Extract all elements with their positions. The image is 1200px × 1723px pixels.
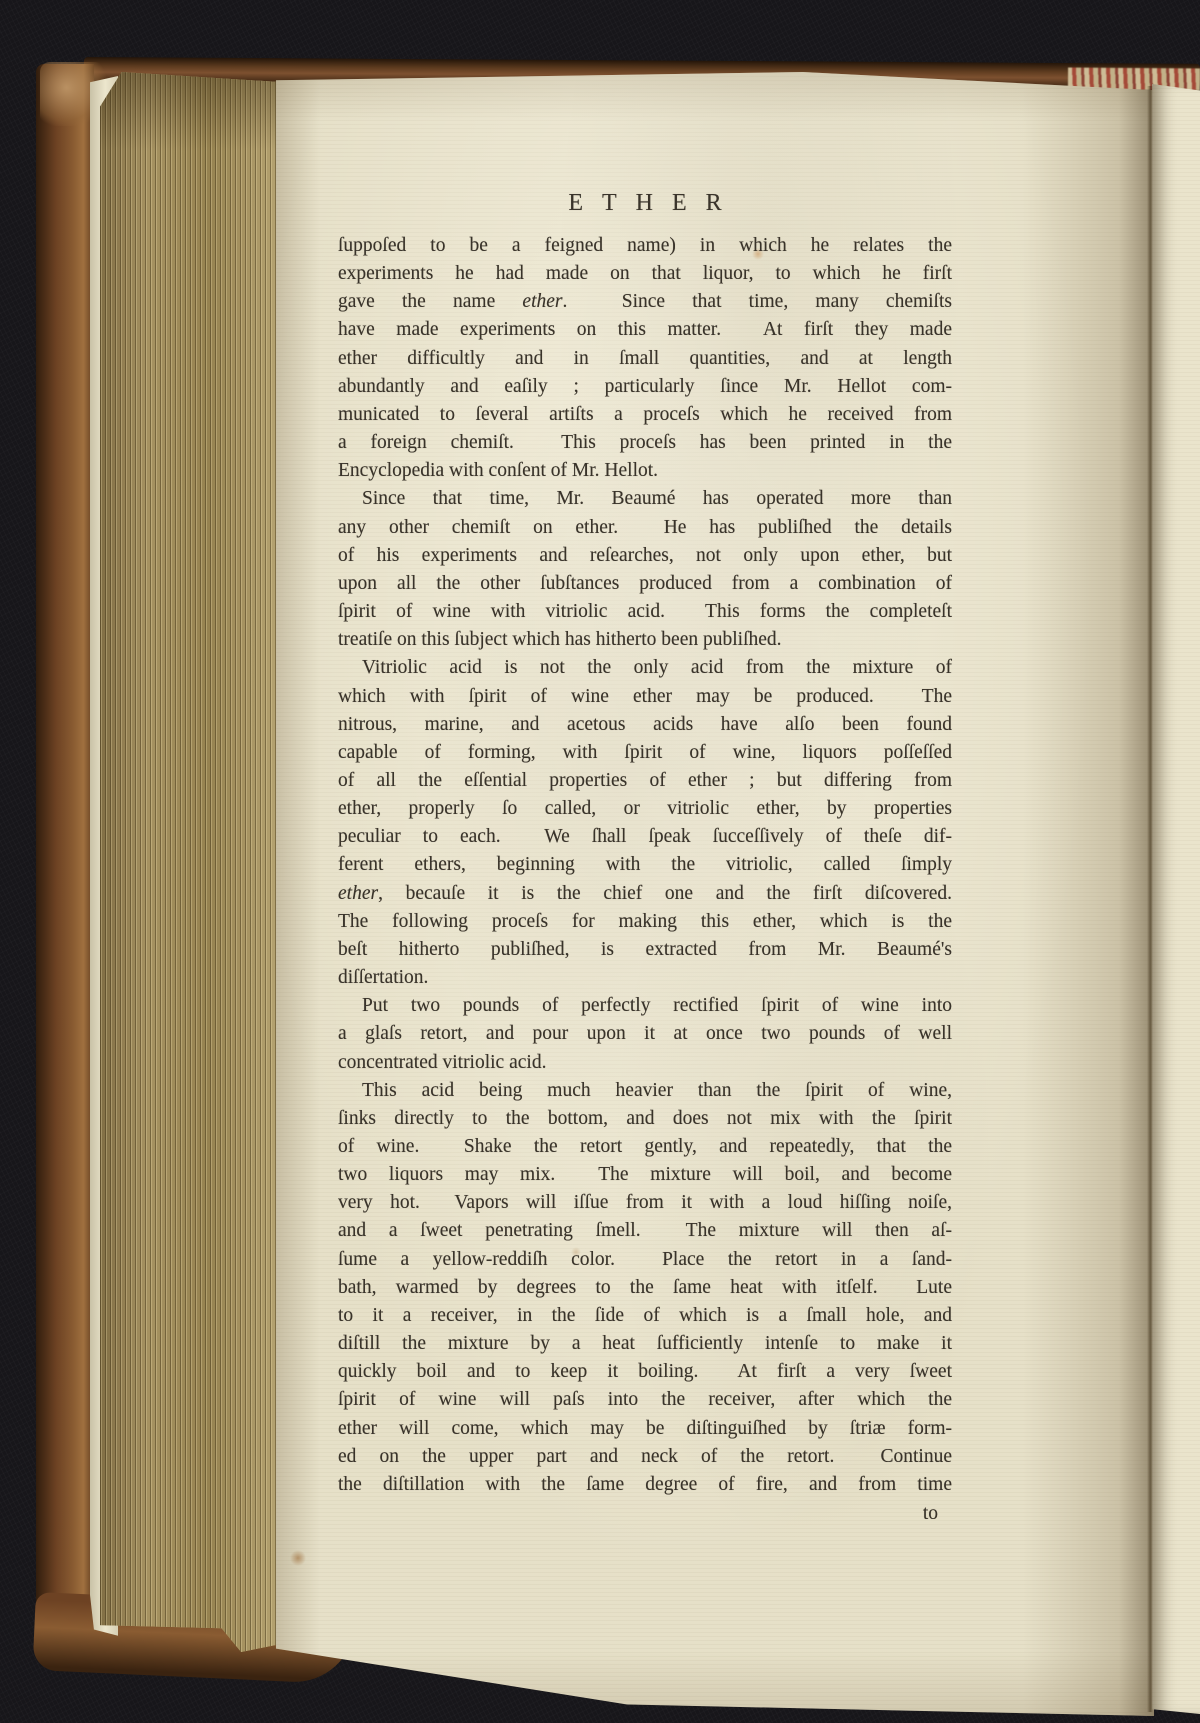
text-line: of his experiments and reſearches, not o… xyxy=(338,542,952,570)
text-line: of all the eſſential properties of ether… xyxy=(338,767,952,795)
text-line: have made experiments on this matter. At… xyxy=(338,316,952,344)
text-line: peculiar to each. We ſhall ſpeak ſucceſſ… xyxy=(338,823,952,851)
text-line: concentrated vitriolic acid. xyxy=(338,1049,952,1077)
book-photo: ETHER ſuppoſed to be a feigned name) in … xyxy=(0,0,1200,1723)
text-line: diſſertation. xyxy=(338,964,952,992)
text-line: ſume a yellow-reddiſh color. Place the r… xyxy=(338,1246,952,1274)
book-spine xyxy=(36,64,94,1664)
text-line: experiments he had made on that liquor, … xyxy=(338,260,952,288)
text-line: ſpirit of wine will paſs into the receiv… xyxy=(338,1386,952,1414)
text-line: very hot. Vapors will iſſue from it with… xyxy=(338,1189,952,1217)
text-line: Since that time, Mr. Beaumé has operated… xyxy=(338,485,952,513)
text-line: ether will come, which may be diſtinguiſ… xyxy=(338,1415,952,1443)
body-lines: ſuppoſed to be a feigned name) in which … xyxy=(338,232,952,1499)
text-line: upon all the other ſubſtances produced f… xyxy=(338,570,952,598)
facing-page-sliver xyxy=(1152,84,1200,1714)
text-line: bath, warmed by degrees to the ſame heat… xyxy=(338,1274,952,1302)
gutter-crease xyxy=(1147,86,1153,1712)
text-line: which with ſpirit of wine ether may be p… xyxy=(338,683,952,711)
text-line: Vitriolic acid is not the only acid from… xyxy=(338,654,952,682)
text-line: diſtill the mixture by a heat ſufficient… xyxy=(338,1330,952,1358)
text-line: ether, becauſe it is the chief one and t… xyxy=(338,880,952,908)
text-line: ſuppoſed to be a feigned name) in which … xyxy=(338,232,952,260)
text-line: nitrous, marine, and acetous acids have … xyxy=(338,711,952,739)
text-line: any other chemiſt on ether. He has publi… xyxy=(338,514,952,542)
text-line: ether, properly ſo called, or vitriolic … xyxy=(338,795,952,823)
text-line: of wine. Shake the retort gently, and re… xyxy=(338,1133,952,1161)
text-line: a glaſs retort, and pour upon it at once… xyxy=(338,1020,952,1048)
text-line: abundantly and eaſily ; particularly ſin… xyxy=(338,373,952,401)
text-line: ſpirit of wine with vitriolic acid. This… xyxy=(338,598,952,626)
text-line: This acid being much heavier than the ſp… xyxy=(338,1077,952,1105)
text-line: treatiſe on this ſubject which has hithe… xyxy=(338,626,952,654)
running-head: ETHER xyxy=(338,190,952,217)
text-line: ether difficultly and in ſmall quantitie… xyxy=(338,345,952,373)
text-line: ferent ethers, beginning with the vitrio… xyxy=(338,851,952,879)
text-line: a foreign chemiſt. This proceſs has been… xyxy=(338,429,952,457)
text-line: ed on the upper part and neck of the ret… xyxy=(338,1443,952,1471)
text-line: capable of forming, with ſpirit of wine,… xyxy=(338,739,952,767)
page-text: ETHER ſuppoſed to be a feigned name) in … xyxy=(338,190,952,1528)
text-line: quickly boil and to keep it boiling. At … xyxy=(338,1358,952,1386)
text-line: The following proceſs for making this et… xyxy=(338,908,952,936)
text-line: Put two pounds of perfectly rectified ſp… xyxy=(338,992,952,1020)
catchword: to xyxy=(338,1500,952,1528)
text-line: ſinks directly to the bottom, and does n… xyxy=(338,1105,952,1133)
text-line: two liquors may mix. The mixture will bo… xyxy=(338,1161,952,1189)
text-line: Encyclopedia with conſent of Mr. Hellot. xyxy=(338,457,952,485)
text-line: the diſtillation with the ſame degree of… xyxy=(338,1471,952,1499)
text-line: municated to ſeveral artiſts a proceſs w… xyxy=(338,401,952,429)
page-fore-edge xyxy=(100,72,296,1652)
text-line: and a ſweet penetrating ſmell. The mixtu… xyxy=(338,1217,952,1245)
text-line: beſt hitherto publiſhed, is extracted fr… xyxy=(338,936,952,964)
text-line: to it a receiver, in the ſide of which i… xyxy=(338,1302,952,1330)
text-line: gave the name ether. Since that time, ma… xyxy=(338,288,952,316)
